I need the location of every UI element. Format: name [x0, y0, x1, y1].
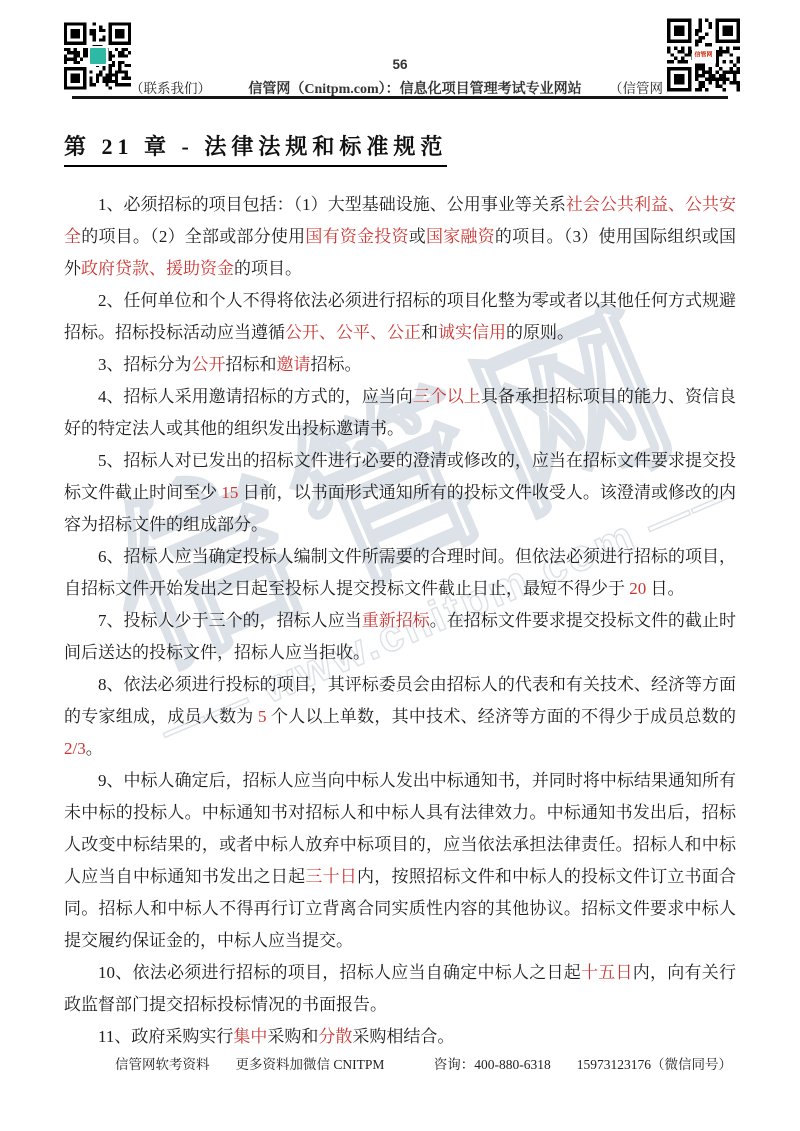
body-text: 招标。 — [311, 355, 362, 374]
chapter-title: 第 21 章 - 法律法规和标准规范 — [64, 130, 447, 167]
body-text: 3、招标分为 — [98, 355, 192, 374]
highlight-text: 分散 — [318, 1027, 352, 1046]
footer-left-group: 信管网软考资料 更多资料加微信 CNITPM — [115, 1053, 384, 1073]
highlight-text: 重新招标 — [362, 611, 430, 630]
app-qr-code: 信管网 — [667, 17, 740, 93]
highlight-text: 国有资金投资 — [305, 227, 408, 246]
body-text: 采购和 — [267, 1027, 318, 1046]
paragraph: 4、招标人采用邀请招标的方式的，应当向三个以上具备承担招标项目的能力、资信良好的… — [64, 381, 736, 445]
body-text: 的原则。 — [506, 323, 574, 342]
paragraph: 5、招标人对已发出的招标文件进行必要的澄清或修改的，应当在招标文件要求提交投标文… — [64, 445, 736, 541]
highlight-text: 2/3 — [64, 739, 86, 758]
body-text: 4、招标人采用邀请招标的方式的，应当向 — [98, 387, 413, 406]
body-text: 和 — [421, 323, 438, 342]
footer-wechat: 更多资料加微信 CNITPM — [236, 1053, 385, 1073]
body-text: 11、政府采购实行 — [98, 1027, 233, 1046]
highlight-text: 公开、公平、公正 — [285, 323, 421, 342]
header-divider — [72, 96, 728, 99]
highlight-text: 诚实信用 — [438, 323, 506, 342]
body-text: 个人以上单数，其中技术、经济等方面的不得少于成员总数的 — [267, 707, 736, 726]
body-text: 采购相结合。 — [352, 1027, 454, 1046]
highlight-text: 国家融资 — [426, 227, 495, 246]
footer-mobile-phone: 15973123176（微信同号） — [577, 1053, 732, 1073]
highlight-text: 邀请 — [277, 355, 311, 374]
body-text: 或 — [409, 227, 426, 246]
body-text: 7、投标人少于三个的，招标人应当 — [98, 611, 362, 630]
document-page: （联系我们） 56 信管网（Cnitpm.com）：信息化项目管理考试专业网站 … — [0, 0, 800, 1131]
paragraph: 8、依法必须进行投标的项目，其评标委员会由招标人的代表和有关技术、经济等方面的专… — [64, 669, 736, 765]
highlight-text: 政府贷款、援助资金 — [81, 259, 234, 278]
paragraph: 9、中标人确定后，招标人应当向中标人发出中标通知书，并同时将中标结果通知所有未中… — [64, 765, 736, 957]
highlight-text: 集中 — [233, 1027, 267, 1046]
body-text: 招标和 — [226, 355, 277, 374]
paragraph: 6、招标人应当确定投标人编制文件所需要的合理时间。但依法必须进行招标的项目，自招… — [64, 541, 736, 605]
body-text: 1、必须招标的项目包括：（1）大型基础设施、公用事业等关系 — [98, 195, 566, 214]
page-header: （联系我们） 56 信管网（Cnitpm.com）：信息化项目管理考试专业网站 … — [0, 0, 800, 102]
highlight-text: 15 — [221, 483, 238, 502]
highlight-text: 20 — [629, 579, 646, 598]
header-right-caption: （信管网 AP — [609, 77, 668, 97]
paragraph: 10、依法必须进行招标的项目，招标人应当自确定中标人之日起十五日内，向有关行政监… — [64, 957, 736, 1021]
highlight-text: 三十日 — [305, 867, 357, 886]
highlight-text: 公开 — [192, 355, 226, 374]
highlight-text: 5 — [258, 707, 267, 726]
paragraph: 2、任何单位和个人不得将依法必须进行招标的项目化整为零或者以其他任何方式规避招标… — [64, 285, 736, 349]
body-text: 的项目。（2）全部或部分使用 — [81, 227, 305, 246]
highlight-text: 三个以上 — [413, 387, 481, 406]
body-text: 日。 — [646, 579, 684, 598]
cnitpm-logo-icon: 信管网 — [692, 47, 716, 64]
body-text: 。 — [86, 739, 103, 758]
footer-right-group: 咨询：400-880-6318 15973123176（微信同号） — [434, 1053, 732, 1073]
paragraph: 7、投标人少于三个的，招标人应当重新招标。在招标文件要求提交投标文件的截止时间后… — [64, 605, 736, 669]
footer-brand: 信管网软考资料 — [115, 1053, 210, 1073]
page-footer: 信管网软考资料 更多资料加微信 CNITPM 咨询：400-880-6318 1… — [64, 1053, 736, 1073]
footer-consult-phone: 咨询：400-880-6318 — [434, 1053, 551, 1073]
document-content: 第 21 章 - 法律法规和标准规范 1、必须招标的项目包括：（1）大型基础设施… — [64, 122, 736, 1053]
paragraph-list: 1、必须招标的项目包括：（1）大型基础设施、公用事业等关系社会公共利益、公共安全… — [64, 189, 736, 1053]
paragraph: 1、必须招标的项目包括：（1）大型基础设施、公用事业等关系社会公共利益、公共安全… — [64, 189, 736, 285]
highlight-text: 十五日 — [581, 963, 633, 982]
body-text: 的项目。 — [234, 259, 302, 278]
paragraph: 3、招标分为公开招标和邀请招标。 — [64, 349, 736, 381]
paragraph: 11、政府采购实行集中采购和分散采购相结合。 — [64, 1021, 736, 1053]
body-text: 10、依法必须进行招标的项目，招标人应当自确定中标人之日起 — [98, 963, 581, 982]
